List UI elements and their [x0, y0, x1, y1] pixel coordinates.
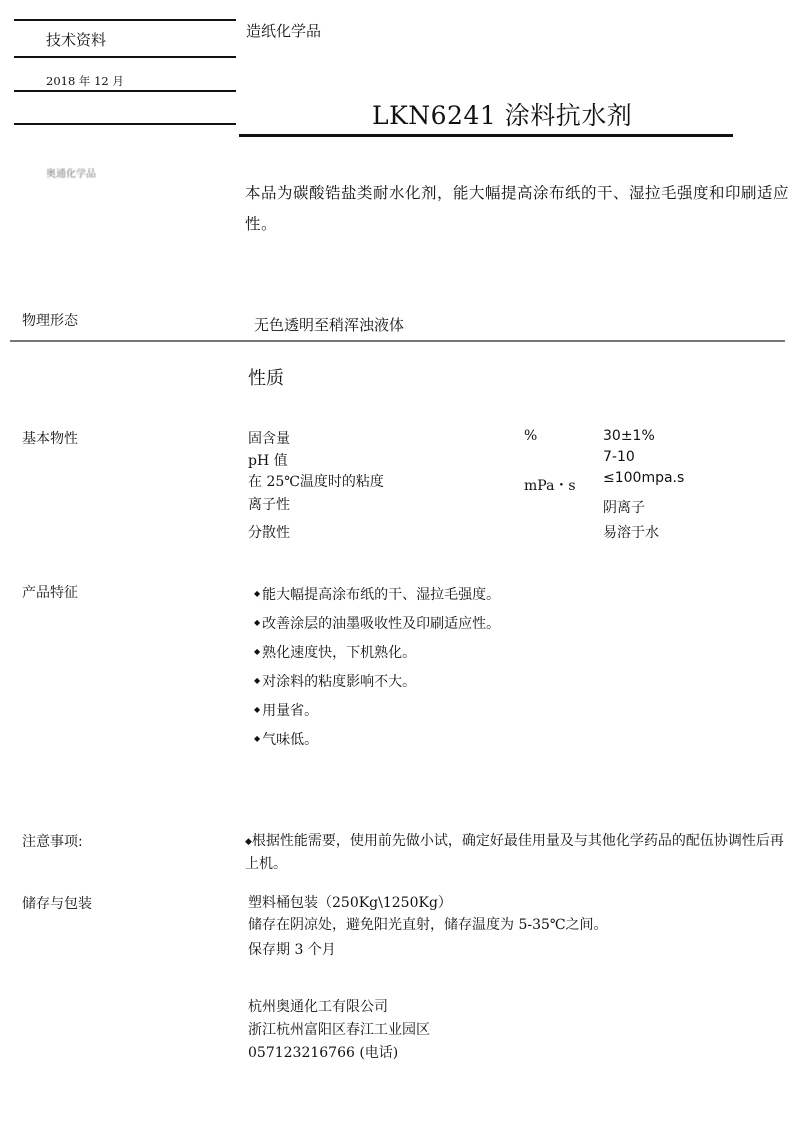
header-rule-top	[14, 19, 236, 21]
feature-text: 熟化速度快，下机熟化。	[262, 645, 416, 661]
feature-text: 改善涂层的油墨吸收性及印刷适应性。	[262, 616, 500, 632]
property-unit: mPa・s	[524, 475, 576, 495]
diamond-bullet-icon: ◆	[254, 647, 260, 656]
diamond-bullet-icon: ◆	[254, 618, 260, 627]
diamond-bullet-icon: ◆	[254, 676, 260, 685]
notes-body: 根据性能需要，使用前先做小试，确定好最佳用量及与其他化学药品的配伍协调性后再上机…	[245, 833, 784, 872]
property-value: 阴离子	[603, 497, 645, 517]
feature-text: 气味低。	[262, 732, 318, 748]
basic-properties-label: 基本物性	[22, 428, 78, 448]
title-underline	[239, 134, 733, 137]
property-name: pH 值	[248, 450, 288, 470]
list-item: ◆用量省。	[254, 700, 318, 720]
doc-type-label: 技术资料	[46, 29, 106, 50]
list-item: ◆对涂料的粘度影响不大。	[254, 671, 416, 691]
notes-label: 注意事项:	[22, 831, 83, 851]
header-rule-3	[14, 90, 236, 92]
header-rule-2	[14, 56, 236, 58]
property-value: ≤100mpa.s	[603, 470, 684, 486]
property-name: 在 25℃温度时的粘度	[248, 471, 384, 491]
diamond-bullet-icon: ◆	[245, 837, 252, 847]
header-rule-4	[14, 123, 236, 125]
notes-text: ◆根据性能需要，使用前先做小试，确定好最佳用量及与其他化学药品的配伍协调性后再上…	[245, 830, 785, 875]
storage-line: 塑料桶包装（250Kg\1250Kg）	[248, 892, 452, 912]
property-value: 易溶于水	[603, 522, 659, 542]
doc-category: 造纸化学品	[246, 20, 321, 41]
property-value: 30±1%	[603, 428, 655, 444]
company-name: 杭州奥通化工有限公司	[248, 996, 388, 1016]
list-item: ◆熟化速度快，下机熟化。	[254, 642, 416, 662]
company-address: 浙江杭州富阳区春江工业园区	[248, 1019, 430, 1039]
properties-heading: 性质	[248, 364, 284, 390]
diamond-bullet-icon: ◆	[254, 734, 260, 743]
feature-text: 用量省。	[262, 703, 318, 719]
diamond-bullet-icon: ◆	[254, 589, 260, 598]
list-item: ◆能大幅提高涂布纸的干、湿拉毛强度。	[254, 584, 500, 604]
page-title: LKN6241 涂料抗水剂	[372, 96, 632, 132]
property-value: 7-10	[603, 449, 635, 465]
feature-text: 能大幅提高涂布纸的干、湿拉毛强度。	[262, 587, 500, 603]
property-name: 分散性	[248, 522, 290, 542]
diamond-bullet-icon: ◆	[254, 705, 260, 714]
storage-line: 保存期 3 个月	[248, 939, 336, 959]
physical-form-label: 物理形态	[22, 310, 78, 330]
property-name: 离子性	[248, 494, 290, 514]
list-item: ◆改善涂层的油墨吸收性及印刷适应性。	[254, 613, 500, 633]
storage-line: 储存在阴凉处，避免阳光直射，储存温度为 5-35℃之间。	[248, 914, 608, 934]
physical-form-value: 无色透明至稍浑浊液体	[254, 314, 404, 335]
company-watermark: 奥通化学品	[46, 165, 96, 180]
product-intro: 本品为碳酸锆盐类耐水化剂，能大幅提高涂布纸的干、湿拉毛强度和印刷适应性。	[245, 178, 790, 240]
feature-text: 对涂料的粘度影响不大。	[262, 674, 416, 690]
doc-date: 2018 年 12 月	[46, 73, 124, 89]
storage-label: 储存与包装	[22, 893, 92, 913]
property-unit: %	[524, 428, 537, 444]
section-divider	[10, 340, 785, 342]
company-phone: 057123216766 (电话)	[248, 1042, 398, 1062]
list-item: ◆气味低。	[254, 729, 318, 749]
features-label: 产品特征	[22, 582, 78, 602]
property-name: 固含量	[248, 428, 290, 448]
